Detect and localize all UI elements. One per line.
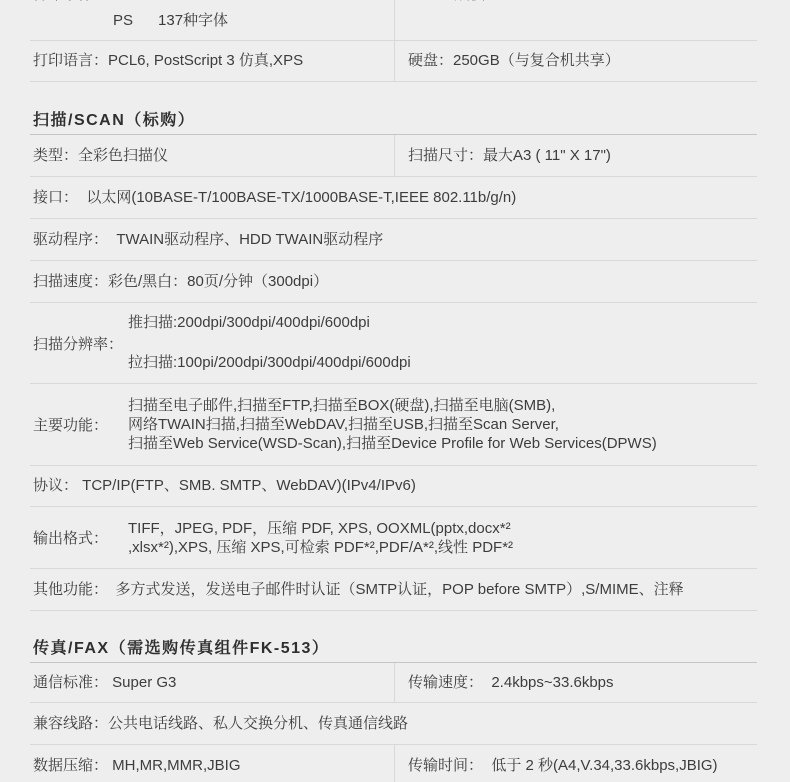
scan-speed-value: 扫描速度：彩色/黑白：80页/分钟（300dpi） bbox=[33, 272, 328, 292]
spec-row-fax-compatible-lines: 兼容线路：公共电话线路、私人交换分机、传真通信线路 bbox=[30, 703, 757, 745]
scan-resolution-push: 推扫描:200dpi/300dpi/400dpi/600dpi bbox=[128, 313, 757, 333]
print-language-value: 打印语言：PCL6, PostScript 3 仿真,XPS bbox=[33, 51, 394, 71]
cpu-value: CPU：双核1.2GHz bbox=[408, 0, 757, 5]
spec-row-scan-speed: 扫描速度：彩色/黑白：80页/分钟（300dpi） bbox=[30, 261, 757, 303]
spec-row-scan-driver: 驱动程序： TWAIN驱动程序、HDD TWAIN驱动程序 bbox=[30, 219, 757, 261]
spec-row-scan-protocol: 协议： TCP/IP(FTP、SMB. SMTP、WebDAV)(IPv4/IP… bbox=[30, 466, 757, 507]
spec-row-scan-functions: 主要功能： 扫描至电子邮件,扫描至FTP,扫描至BOX(硬盘),扫描至电脑(SM… bbox=[30, 384, 757, 466]
scan-protocol-value: 协议： TCP/IP(FTP、SMB. SMTP、WebDAV)(IPv4/IP… bbox=[33, 476, 416, 496]
print-font-ps-value: PS 137种字体 bbox=[33, 11, 394, 31]
scan-resolution-label: 扫描分辨率： bbox=[33, 333, 128, 354]
scan-other-value: 其他功能： 多方式发送，发送电子邮件时认证（SMTP认证，POP before … bbox=[33, 580, 684, 600]
spec-row-scan-other-functions: 其他功能： 多方式发送，发送电子邮件时认证（SMTP认证，POP before … bbox=[30, 569, 757, 611]
spec-row-scan-output-format: 输出格式： TIFF，JPEG, PDF，压缩 PDF, XPS, OOXML(… bbox=[30, 507, 757, 569]
spec-row-scan-resolution: 扫描分辨率： 推扫描:200dpi/300dpi/400dpi/600dpi 拉… bbox=[30, 303, 757, 384]
cell-cpu: CPU：双核1.2GHz bbox=[395, 0, 757, 40]
spec-row-scan-interface: 接口： 以太网(10BASE-T/100BASE-TX/1000BASE-T,I… bbox=[30, 177, 757, 219]
scan-format-line2: ,xlsx*²),XPS, 压缩 XPS,可检索 PDF*²,PDF/A*²,线… bbox=[128, 538, 757, 557]
cell-fax-transmission-time: 传输时间： 低于 2 秒(A4,V.34,33.6kbps,JBIG) bbox=[395, 745, 757, 782]
cell-fax-compression: 数据压缩： MH,MR,MMR,JBIG bbox=[30, 745, 395, 782]
spec-row-scan-type-size: 类型：全彩色扫描仪 扫描尺寸：最大A3 ( 11" X 17") bbox=[30, 135, 757, 177]
scan-resolution-values: 推扫描:200dpi/300dpi/400dpi/600dpi 拉扫描:100p… bbox=[128, 313, 757, 373]
fax-transmission-time-value: 传输时间： 低于 2 秒(A4,V.34,33.6kbps,JBIG) bbox=[408, 756, 757, 776]
scan-interface-value: 接口： 以太网(10BASE-T/100BASE-TX/1000BASE-T,I… bbox=[33, 188, 516, 208]
cell-fax-standard: 通信标准： Super G3 bbox=[30, 663, 395, 702]
print-font-label: 打印字体： bbox=[33, 0, 394, 5]
section-title-scan: 扫描/SCAN（标购） bbox=[30, 110, 757, 135]
scan-driver-value: 驱动程序： TWAIN驱动程序、HDD TWAIN驱动程序 bbox=[33, 230, 383, 250]
cell-fax-speed: 传输速度： 2.4kbps~33.6kbps bbox=[395, 663, 757, 702]
spec-row-print-font-cpu: 打印字体： PS 137种字体 CPU：双核1.2GHz bbox=[30, 0, 757, 41]
cell-hdd: 硬盘：250GB（与复合机共享） bbox=[395, 41, 757, 81]
scan-format-line1: TIFF，JPEG, PDF，压缩 PDF, XPS, OOXML(pptx,d… bbox=[128, 519, 757, 538]
fax-lines-value: 兼容线路：公共电话线路、私人交换分机、传真通信线路 bbox=[33, 714, 408, 734]
scan-format-values: TIFF，JPEG, PDF，压缩 PDF, XPS, OOXML(pptx,d… bbox=[128, 519, 757, 557]
fax-standard-value: 通信标准： Super G3 bbox=[33, 673, 394, 693]
spec-sheet: 打印字体： PS 137种字体 CPU：双核1.2GHz 打印语言：PCL6, … bbox=[30, 0, 757, 782]
scan-format-label: 输出格式： bbox=[33, 527, 128, 548]
spec-row-fax-standard-speed: 通信标准： Super G3 传输速度： 2.4kbps~33.6kbps bbox=[30, 663, 757, 703]
scan-size-value: 扫描尺寸：最大A3 ( 11" X 17") bbox=[408, 146, 757, 166]
hdd-value: 硬盘：250GB（与复合机共享） bbox=[408, 51, 757, 71]
cell-print-font: 打印字体： PS 137种字体 bbox=[30, 0, 395, 40]
scan-resolution-pull: 拉扫描:100pi/200dpi/300dpi/400dpi/600dpi bbox=[128, 353, 757, 373]
scan-functions-values: 扫描至电子邮件,扫描至FTP,扫描至BOX(硬盘),扫描至电脑(SMB), 网络… bbox=[128, 396, 757, 453]
cell-scan-size: 扫描尺寸：最大A3 ( 11" X 17") bbox=[395, 135, 757, 176]
cell-print-language: 打印语言：PCL6, PostScript 3 仿真,XPS bbox=[30, 41, 395, 81]
spec-row-fax-compression-time: 数据压缩： MH,MR,MMR,JBIG 传输时间： 低于 2 秒(A4,V.3… bbox=[30, 745, 757, 782]
fax-compression-value: 数据压缩： MH,MR,MMR,JBIG bbox=[33, 756, 394, 776]
section-title-fax: 传真/FAX（需选购传真组件FK-513） bbox=[30, 638, 757, 663]
scan-functions-line2: 网络TWAIN扫描,扫描至WebDAV,扫描至USB,扫描至Scan Serve… bbox=[128, 415, 757, 434]
scan-type-value: 类型：全彩色扫描仪 bbox=[33, 146, 394, 166]
scan-functions-label: 主要功能： bbox=[33, 414, 128, 435]
scan-functions-line1: 扫描至电子邮件,扫描至FTP,扫描至BOX(硬盘),扫描至电脑(SMB), bbox=[128, 396, 757, 415]
spec-row-print-language-hdd: 打印语言：PCL6, PostScript 3 仿真,XPS 硬盘：250GB（… bbox=[30, 41, 757, 82]
scan-functions-line3: 扫描至Web Service(WSD-Scan),扫描至Device Profi… bbox=[128, 434, 757, 453]
cell-scan-type: 类型：全彩色扫描仪 bbox=[30, 135, 395, 176]
fax-speed-value: 传输速度： 2.4kbps~33.6kbps bbox=[408, 673, 757, 693]
